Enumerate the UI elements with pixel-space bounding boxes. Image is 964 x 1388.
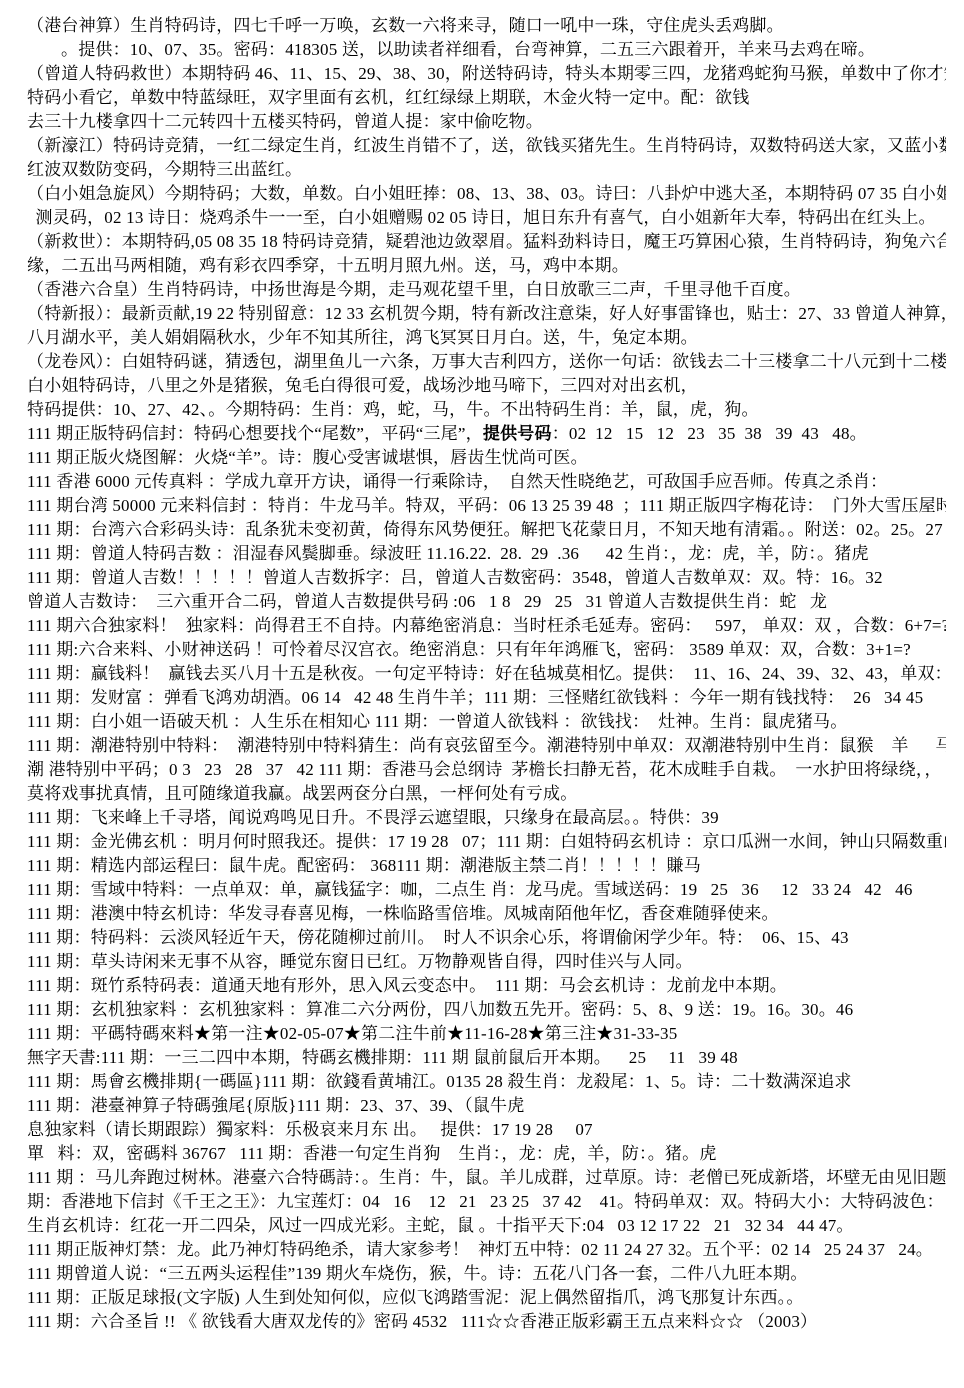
text-line: （曾道人特码救世）本期特码 46、11、15、29、38、30，附送特码诗，特头…	[27, 62, 946, 86]
text-line: （香港六合皇）生肖特码诗，中扬世海是今期，走马观花望千里，白日放歌三二声，千里寻…	[27, 278, 946, 302]
text-segment: 111 期六合独家料！ 独家料：尚得君王不自持。内幕绝密消息：当时枉杀毛延寿。密…	[27, 616, 946, 635]
text-segment: 特码小看它，单数中特蓝绿旺，双字里面有玄机，红红绿绿上期联，木金火特一定中。配：…	[27, 88, 749, 107]
document-body: （港台神算）生肖特码诗，四七千呼一万唤，玄数一六将来寻，随口一吼中一珠，守住虎头…	[27, 14, 946, 1334]
text-line: 息独家料（请长期跟踪）獨家料：乐极哀来月东 出。 提供：17 19 28 07	[27, 1118, 946, 1142]
text-segment: （特新报）：最新贡献,19 22 特别留意：12 33 玄机贺今期，特有新改注意…	[27, 304, 946, 323]
text-segment: 111 期：六合圣旨 !! 《 欲钱看大唐双龙传的》密码 4532 111☆☆香…	[27, 1312, 817, 1331]
text-segment: 生肖玄机诗：红花一开二四朵，风过一四成光彩。主蛇，鼠 。十指平天下:04 03 …	[27, 1216, 854, 1235]
text-line: 111 期：赢钱料！ 赢钱去买八月十五是秋夜。一句定平特诗：好在毡城莫相忆。提供…	[27, 662, 946, 686]
text-line: 111 期：六合圣旨 !! 《 欲钱看大唐双龙传的》密码 4532 111☆☆香…	[27, 1310, 946, 1334]
text-line: 111 期 ：马儿奔跑过树林。港臺六合特碼詩：。生肖：牛，鼠。羊儿成群，过草原。…	[27, 1166, 946, 1190]
text-line: 111 期：金光佛玄机 ：明月何时照我还。提供：17 19 28 07；111 …	[27, 830, 946, 854]
text-segment: 111 期：潮港特别中特料： 潮港特别中特料猜生：尚有哀弦留至今。潮港特别中单双…	[27, 736, 946, 755]
text-line: 白小姐特码诗，八里之外是猪猴，兔毛白得很可爱，战场沙地马啼下，三四对对出玄机，	[27, 374, 946, 398]
text-line: 111 期：平碼特碼來料★第一注★02-05-07★第二注牛前★11-16-28…	[27, 1022, 946, 1046]
text-segment: 111 期：雪域中特料：一点单双：单，赢钱猛字：咖，二点生 肖：龙马虎。雪域送码…	[27, 880, 913, 899]
text-segment: ：02 12 15 12 23 35 38 39 43 48。	[552, 424, 867, 443]
text-line: 测灵码，02 13 诗日：烧鸡杀牛一一至，白小姐赠赐 02 05 诗日，旭日东升…	[27, 206, 946, 230]
text-line: （新救世）：本期特码,05 08 35 18 特码诗竞猜，疑碧池边敛翠眉。猛料劲…	[27, 230, 946, 254]
text-line: 111 期：精选内部运程曰：鼠牛虎。配密码： 368111 期：潮港版主禁二肖！…	[27, 854, 946, 878]
text-segment: （新濠江）特码诗竞猜，一红二绿定生肖，红波生肖错不了，送，欲钱买猪先生。生肖特码…	[27, 136, 946, 155]
text-line: 八月湖水平，美人娟娟隔秋水，少年不知其所往，鸿飞冥冥日月白。送，牛，兔定本期。	[27, 326, 946, 350]
text-line: 111 期:六合来料、小财神送码 ！可怜着尽汉宫衣。绝密消息：只有年年鸿雁飞，密…	[27, 638, 946, 662]
text-segment: 111 期：港澳中特玄机诗：华发寻春喜见梅，一株临路雪倍堆。凤城南陌他年忆，香奁…	[27, 904, 779, 923]
text-line: 111 期：白小姐一语破天机 ：人生乐在相知心 111 期：一曾道人欲钱料 ：欲…	[27, 710, 946, 734]
text-line: 期：香港地下信封《千王之王》：九宝莲灯：04 16 12 21 23 25 37…	[27, 1190, 946, 1214]
text-segment: 111 期：精选内部运程曰：鼠牛虎。配密码： 368111 期：潮港版主禁二肖！…	[27, 856, 701, 875]
text-segment: 111 期：草头诗闲来无事不从容，睡觉东窗日已红。万物静观皆自得，四时佳兴与人同…	[27, 952, 693, 971]
text-segment: 111 期台湾 50000 元来料信封 ：特肖：牛龙马羊。特双，平码：06 13…	[27, 496, 946, 515]
text-segment: 缘，二五出马两相随，鸡有彩衣四季穿，十五明月照九州。送，马，鸡中本期。	[27, 256, 629, 275]
text-segment: 息独家料（请长期跟踪）獨家料：乐极哀来月东 出。 提供：17 19 28 07	[27, 1120, 593, 1139]
text-segment: （龙卷风）：白姐特码谜，猜透包，湖里鱼儿一六条，万事大吉利四方，送你一句话：欲钱…	[27, 352, 946, 371]
text-line: 111 期：草头诗闲来无事不从容，睡觉东窗日已红。万物静观皆自得，四时佳兴与人同…	[27, 950, 946, 974]
text-line: 111 期：台湾六合彩码头诗：乱条犹未变初黄，倚得东风势便狂。解把飞花蒙日月，不…	[27, 518, 946, 542]
text-segment: （白小姐急旋风）今期特码；大数，单数。白小姐旺捧：08、13、38、03。诗曰：…	[27, 184, 946, 203]
text-line: 111 期：斑竹系特码表：道通天地有形外，思入风云变态中。 111 期：马会玄机…	[27, 974, 946, 998]
text-line: 111 期：曾道人特码吉数 ：泪湿春风鬓脚垂。绿波旺 11.16.22. 28.…	[27, 542, 946, 566]
text-line: 红波双数防变码，今期特三出蓝红。	[27, 158, 946, 182]
text-segment: 111 期：玄机独家料 ：玄机独家料 ：算准二六分两份，四八加数五先开。密码：5…	[27, 1000, 853, 1019]
text-line: 莫将戏事扰真情，且可随缘道我赢。战罢两奁分白黑，一枰何处有亏成。	[27, 782, 946, 806]
text-segment: 111 期：馬會玄機排期{一碼區}111 期：欲錢看黄埔江。0135 28 殺生…	[27, 1072, 852, 1091]
text-segment: 红波双数防变码，今期特三出蓝红。	[27, 160, 302, 179]
text-line: 生肖玄机诗：红花一开二四朵，风过一四成光彩。主蛇，鼠 。十指平天下:04 03 …	[27, 1214, 946, 1238]
text-line: 111 期正版火烧图解：火烧“羊”。诗：腹心受害诚堪惧，唇齿生忧尚可医。	[27, 446, 946, 470]
text-segment: 111 期：曾道人特码吉数 ：泪湿春风鬓脚垂。绿波旺 11.16.22. 28.…	[27, 544, 869, 563]
text-segment: 111 期：特码料：云淡风轻近午天，傍花随柳过前川。 时人不识余心乐，将谓偷闲学…	[27, 928, 849, 947]
text-line: 無字天書:111 期：一三二四中本期，特碼玄機排期：111 期 鼠前鼠后开本期。…	[27, 1046, 946, 1070]
text-segment: 111 期：飞来峰上千寻塔，闻说鸡鸣见日升。不畏浮云遮望眼，只缘身在最高层。。特…	[27, 808, 719, 827]
text-segment: （香港六合皇）生肖特码诗，中扬世海是今期，走马观花望千里，白日放歌三二声，千里寻…	[27, 280, 801, 299]
text-line: 111 期：馬會玄機排期{一碼區}111 期：欲錢看黄埔江。0135 28 殺生…	[27, 1070, 946, 1094]
document-page: （港台神算）生肖特码诗，四七千呼一万唤，玄数一六将来寻，随口一吼中一珠，守住虎头…	[0, 0, 964, 1388]
text-line: 。提供：10、07、35。密码：418305 送，以助读者祥细看，台弯神算，二五…	[27, 38, 946, 62]
text-segment: 111 期：港臺神算子特碼強尾{原版}111 期：23、37、39、（鼠牛虎	[27, 1096, 524, 1115]
text-line: 111 期：潮港特别中特料： 潮港特别中特料猜生：尚有哀弦留至今。潮港特别中单双…	[27, 734, 946, 758]
text-line: 111 期：特码料：云淡风轻近午天，傍花随柳过前川。 时人不识余心乐，将谓偷闲学…	[27, 926, 946, 950]
text-segment: 莫将戏事扰真情，且可随缘道我赢。战罢两奁分白黑，一枰何处有亏成。	[27, 784, 577, 803]
text-segment: 111 香港 6000 元传真料 ：学成九章开方诀，诵得一行乘除诗， 自然天性晓…	[27, 472, 887, 491]
text-line: 111 期：飞来峰上千寻塔，闻说鸡鸣见日升。不畏浮云遮望眼，只缘身在最高层。。特…	[27, 806, 946, 830]
text-segment: 111 期：台湾六合彩码头诗：乱条犹未变初黄，倚得东风势便狂。解把飞花蒙日月，不…	[27, 520, 943, 539]
text-segment: 111 期：斑竹系特码表：道通天地有形外，思入风云变态中。 111 期：马会玄机…	[27, 976, 787, 995]
text-segment: 111 期曾道人说：“三五两头运程佳”139 期火车烧伤，猴，牛。诗：五花八门各…	[27, 1264, 808, 1283]
text-segment: 無字天書:111 期：一三二四中本期，特碼玄機排期：111 期 鼠前鼠后开本期。…	[27, 1048, 738, 1067]
text-line: 111 期：港澳中特玄机诗：华发寻春喜见梅，一株临路雪倍堆。凤城南陌他年忆，香奁…	[27, 902, 946, 926]
text-line: 111 期正版特码信封：特码心想要找个“尾数”，平码“三尾”，提供号码：02 1…	[27, 422, 946, 446]
text-line: 111 期：玄机独家料 ：玄机独家料 ：算准二六分两份，四八加数五先开。密码：5…	[27, 998, 946, 1022]
text-segment: 111 期：正版足球报(文字版) 人生到处知何似，应似飞鸿踏雪泥：泥上偶然留指爪…	[27, 1288, 804, 1307]
text-line: （龙卷风）：白姐特码谜，猜透包，湖里鱼儿一六条，万事大吉利四方，送你一句话：欲钱…	[27, 350, 946, 374]
text-line: 去三十九楼拿四十二元转四十五楼买特码，曾道人提：家中偷吃物。	[27, 110, 946, 134]
text-line: （新濠江）特码诗竞猜，一红二绿定生肖，红波生肖错不了，送，欲钱买猪先生。生肖特码…	[27, 134, 946, 158]
text-segment: 單 料：双，密碼料 36767 111 期：香港一句定生肖狗 生肖：，龙：虎，羊…	[27, 1144, 717, 1163]
text-line: 111 期：发财富 ：弹看飞鸿劝胡酒。06 14 42 48 生肖牛羊；111 …	[27, 686, 946, 710]
text-segment: 111 期：金光佛玄机 ：明月何时照我还。提供：17 19 28 07；111 …	[27, 832, 946, 851]
text-segment: 111 期：赢钱料！ 赢钱去买八月十五是秋夜。一句定平特诗：好在毡城莫相忆。提供…	[27, 664, 946, 683]
text-line: 特码提供：10、27、42、。今期特码：生肖：鸡，蛇，马，牛。不出特码生肖：羊，…	[27, 398, 946, 422]
text-segment-bold: 提供号码	[483, 424, 552, 443]
text-segment: 特码提供：10、27、42、。今期特码：生肖：鸡，蛇，马，牛。不出特码生肖：羊，…	[27, 400, 759, 419]
text-line: 111 期曾道人说：“三五两头运程佳”139 期火车烧伤，猴，牛。诗：五花八门各…	[27, 1262, 946, 1286]
text-line: 111 期：港臺神算子特碼強尾{原版}111 期：23、37、39、（鼠牛虎	[27, 1094, 946, 1118]
text-segment: 111 期正版特码信封：特码心想要找个“尾数”，平码“三尾”，	[27, 424, 483, 443]
text-segment: 曾道人吉数诗： 三六重开合二码，曾道人吉数提供号码 :06 1 8 29 25 …	[27, 592, 827, 611]
text-segment: （新救世）：本期特码,05 08 35 18 特码诗竞猜，疑碧池边敛翠眉。猛料劲…	[27, 232, 946, 251]
text-segment: 。提供：10、07、35。密码：418305 送，以助读者祥细看，台弯神算，二五…	[61, 40, 875, 59]
text-segment: 测灵码，02 13 诗日：烧鸡杀牛一一至，白小姐赠赐 02 05 诗日，旭日东升…	[36, 208, 936, 227]
text-line: 111 期正版神灯禁：龙。此乃神灯特码绝杀，请大家参考！ 神灯五中特：02 11…	[27, 1238, 946, 1262]
text-segment: 期：香港地下信封《千王之王》：九宝莲灯：04 16 12 21 23 25 37…	[27, 1192, 944, 1211]
text-segment: 111 期正版神灯禁：龙。此乃神灯特码绝杀，请大家参考！ 神灯五中特：02 11…	[27, 1240, 933, 1259]
text-line: 111 香港 6000 元传真料 ：学成九章开方诀，诵得一行乘除诗， 自然天性晓…	[27, 470, 946, 494]
text-line: 曾道人吉数诗： 三六重开合二码，曾道人吉数提供号码 :06 1 8 29 25 …	[27, 590, 946, 614]
text-line: 111 期台湾 50000 元来料信封 ：特肖：牛龙马羊。特双，平码：06 13…	[27, 494, 946, 518]
text-segment: 111 期正版火烧图解：火烧“羊”。诗：腹心受害诚堪惧，唇齿生忧尚可医。	[27, 448, 588, 467]
text-line: 特码小看它，单数中特蓝绿旺，双字里面有玄机，红红绿绿上期联，木金火特一定中。配：…	[27, 86, 946, 110]
text-line: 111 期：正版足球报(文字版) 人生到处知何似，应似飞鸿踏雪泥：泥上偶然留指爪…	[27, 1286, 946, 1310]
text-line: （港台神算）生肖特码诗，四七千呼一万唤，玄数一六将来寻，随口一吼中一珠，守住虎头…	[27, 14, 946, 38]
text-line: 111 期六合独家料！ 独家料：尚得君王不自持。内幕绝密消息：当时枉杀毛延寿。密…	[27, 614, 946, 638]
text-line: （特新报）：最新贡献,19 22 特别留意：12 33 玄机贺今期，特有新改注意…	[27, 302, 946, 326]
text-segment: （港台神算）生肖特码诗，四七千呼一万唤，玄数一六将来寻，随口一吼中一珠，守住虎头…	[27, 16, 784, 35]
text-segment: 111 期：发财富 ：弹看飞鸿劝胡酒。06 14 42 48 生肖牛羊；111 …	[27, 688, 923, 707]
text-line: 111 期：曾道人吉数！！！！！曾道人吉数拆字：吕，曾道人吉数密码：3548，曾…	[27, 566, 946, 590]
text-segment: 白小姐特码诗，八里之外是猪猴，兔毛白得很可爱，战场沙地马啼下，三四对对出玄机，	[27, 376, 698, 395]
text-segment: 111 期:六合来料、小财神送码 ！可怜着尽汉宫衣。绝密消息：只有年年鸿雁飞，密…	[27, 640, 911, 659]
text-line: （白小姐急旋风）今期特码；大数，单数。白小姐旺捧：08、13、38、03。诗曰：…	[27, 182, 946, 206]
text-segment: 111 期：平碼特碼來料★第一注★02-05-07★第二注牛前★11-16-28…	[27, 1024, 677, 1043]
text-segment: 111 期：曾道人吉数！！！！！曾道人吉数拆字：吕，曾道人吉数密码：3548，曾…	[27, 568, 883, 587]
text-segment: 111 期：白小姐一语破天机 ：人生乐在相知心 111 期：一曾道人欲钱料 ：欲…	[27, 712, 847, 731]
text-segment: 潮 港特别中平码；0 3 23 28 37 42 111 期：香港马会总纲诗 茅…	[27, 760, 942, 779]
text-segment: 八月湖水平，美人娟娟隔秋水，少年不知其所往，鸿飞冥冥日月白。送，牛，兔定本期。	[27, 328, 698, 347]
text-segment: 111 期 ：马儿奔跑过树林。港臺六合特碼詩：。生肖：牛，鼠。羊儿成群，过草原。…	[27, 1168, 946, 1187]
text-line: 潮 港特别中平码；0 3 23 28 37 42 111 期：香港马会总纲诗 茅…	[27, 758, 946, 782]
text-segment: （曾道人特码救世）本期特码 46、11、15、29、38、30，附送特码诗，特头…	[27, 64, 946, 83]
text-segment: 去三十九楼拿四十二元转四十五楼买特码，曾道人提：家中偷吃物。	[27, 112, 543, 131]
text-line: 缘，二五出马两相随，鸡有彩衣四季穿，十五明月照九州。送，马，鸡中本期。	[27, 254, 946, 278]
text-line: 111 期：雪域中特料：一点单双：单，赢钱猛字：咖，二点生 肖：龙马虎。雪域送码…	[27, 878, 946, 902]
text-line: 單 料：双，密碼料 36767 111 期：香港一句定生肖狗 生肖：，龙：虎，羊…	[27, 1142, 946, 1166]
